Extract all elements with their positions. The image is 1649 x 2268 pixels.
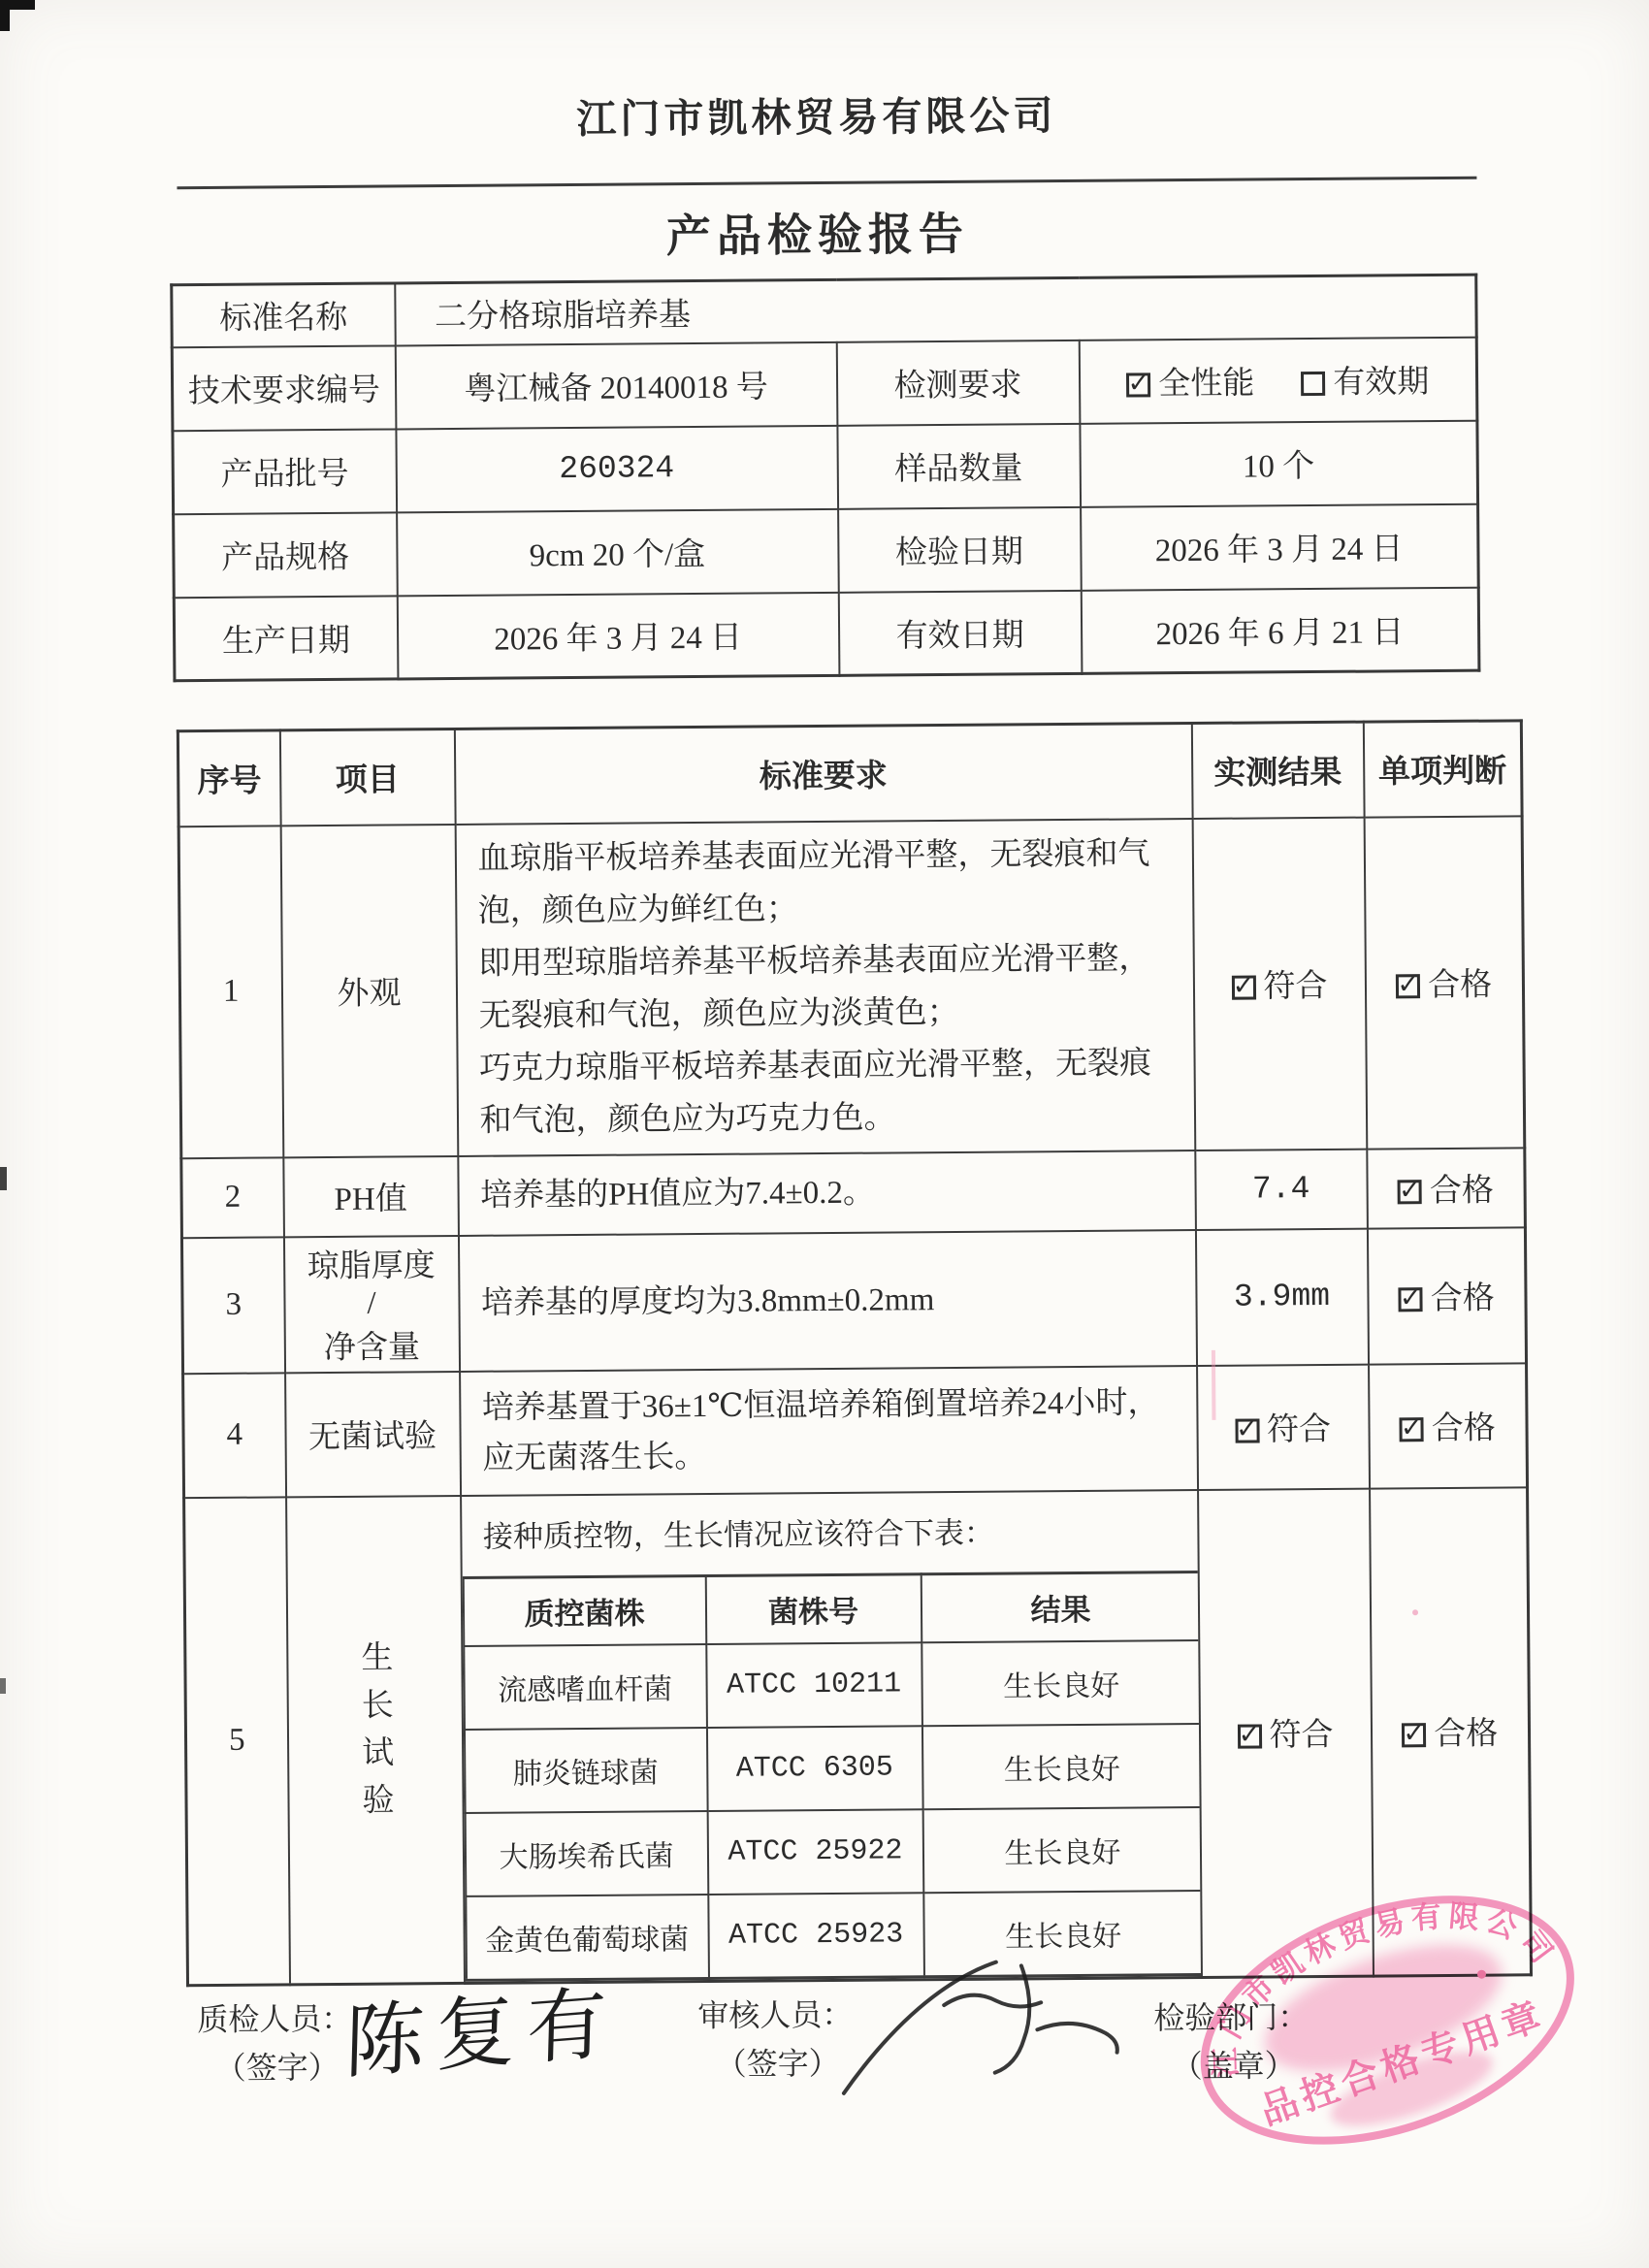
qc-handwritten-signature: 陈复有 bbox=[343, 1960, 619, 2094]
test-requirement-options: ✓全性能有效期 bbox=[1079, 337, 1477, 423]
unchecked-checkbox-icon bbox=[1301, 372, 1325, 396]
judge-label: 合格 bbox=[1434, 1717, 1498, 1753]
item-judgement: ✓合格 bbox=[1364, 816, 1525, 1149]
scanned-report-page: 江门市凯林贸易有限公司 产品检验报告 标准名称 二分格琼脂培养基 技术要求编号 … bbox=[0, 0, 1649, 2268]
column-header: 结果 bbox=[921, 1571, 1201, 1642]
item-judgement: ✓合格 bbox=[1367, 1148, 1526, 1228]
page-title: 产品检验报告 bbox=[0, 193, 1642, 270]
strain-result: 生长良好 bbox=[922, 1806, 1201, 1892]
item-name: 生长试验 bbox=[286, 1495, 465, 1984]
row-number: 5 bbox=[184, 1497, 290, 1985]
growth-row: 大肠埃希氏菌 ATCC 25922 生长良好 bbox=[465, 1806, 1201, 1895]
result-label: 符合 bbox=[1269, 1718, 1333, 1754]
column-header: 序号 bbox=[178, 730, 280, 826]
checked-checkbox-icon: ✓ bbox=[1402, 1723, 1426, 1747]
qc-label: 质检人员： bbox=[197, 1994, 352, 2044]
item-line: 净含量 bbox=[286, 1321, 457, 1368]
item-name: 外观 bbox=[280, 824, 458, 1156]
field-label: 检验日期 bbox=[838, 506, 1082, 592]
field-value: 粤江械备 20140018 号 bbox=[395, 341, 837, 429]
column-header: 单项判断 bbox=[1363, 721, 1522, 817]
field-label: 标准名称 bbox=[172, 283, 395, 347]
column-header: 实测结果 bbox=[1191, 722, 1364, 818]
strain-code: ATCC 10211 bbox=[706, 1642, 922, 1728]
table-header-row: 序号 项目 标准要求 实测结果 单项判断 bbox=[178, 721, 1522, 826]
requirement-line: 即用型琼脂培养基平板培养基表面应光滑平整，无裂痕和气泡，颜色应为淡黄色； bbox=[478, 932, 1180, 1043]
checked-checkbox-icon: ✓ bbox=[1231, 976, 1255, 1000]
table-row: 产品规格 9cm 20 个/盒 检验日期 2026 年 3 月 24 日 bbox=[174, 503, 1479, 598]
checked-checkbox-icon: ✓ bbox=[1399, 1287, 1423, 1312]
qc-sub-label: （签字） bbox=[197, 2043, 352, 2089]
judge-label: 合格 bbox=[1432, 1411, 1496, 1447]
growth-row: 流感嗜血杆菌 ATCC 10211 生长良好 bbox=[464, 1639, 1202, 1729]
standard-requirement: 接种质控物，生长情况应该符合下表： 质控菌株 菌株号 结果 流感嗜血杆菌 ATC… bbox=[461, 1489, 1202, 1982]
column-header: 质控菌株 bbox=[463, 1575, 706, 1645]
strain-result: 生长良好 bbox=[921, 1723, 1201, 1808]
result-label: 符合 bbox=[1263, 969, 1327, 1005]
checked-checkbox-icon: ✓ bbox=[1235, 1418, 1259, 1442]
field-label: 产品批号 bbox=[173, 429, 397, 514]
measured-result: ✓符合 bbox=[1192, 817, 1367, 1150]
company-stamp: 江门市凯林贸易有限公司 品控合格专用章 bbox=[1187, 1859, 1598, 2182]
field-label: 技术要求编号 bbox=[172, 345, 396, 431]
table-row: 产品批号 260324 样品数量 10 个 bbox=[173, 420, 1478, 514]
field-label: 产品规格 bbox=[174, 512, 398, 598]
growth-header-row: 质控菌株 菌株号 结果 bbox=[463, 1571, 1201, 1645]
strain-name: 流感嗜血杆菌 bbox=[464, 1643, 707, 1729]
option-label: 全性能 bbox=[1158, 366, 1254, 402]
item-judgement: ✓合格 bbox=[1367, 1227, 1526, 1364]
measured-result: 7.4 bbox=[1195, 1149, 1368, 1229]
result-label: 符合 bbox=[1267, 1412, 1331, 1448]
row-number: 2 bbox=[181, 1157, 284, 1238]
standard-requirement: 血琼脂平板培养基表面应光滑平整，无裂痕和气泡，颜色应为鲜红色； 即用型琼脂培养基… bbox=[455, 819, 1195, 1156]
row-number: 1 bbox=[178, 826, 283, 1158]
judge-label: 合格 bbox=[1431, 1281, 1495, 1317]
judge-label: 合格 bbox=[1428, 968, 1492, 1004]
qc-signer-block: 质检人员： （签字） bbox=[197, 1994, 353, 2089]
product-info-table: 标准名称 二分格琼脂培养基 技术要求编号 粤江械备 20140018 号 检测要… bbox=[170, 274, 1480, 683]
standard-requirement: 培养基置于36±1℃恒温培养箱倒置培养24小时，应无菌落生长。 bbox=[460, 1365, 1198, 1495]
table-row: 技术要求编号 粤江械备 20140018 号 检测要求 ✓全性能有效期 bbox=[172, 337, 1477, 431]
growth-row: 肺炎链球菌 ATCC 6305 生长良好 bbox=[464, 1723, 1201, 1812]
inspection-results-table: 序号 项目 标准要求 实测结果 单项判断 1 外观 血琼脂平板培养基表面应光滑平… bbox=[177, 719, 1533, 1986]
item-name: 琼脂厚度 / 净含量 bbox=[283, 1235, 459, 1372]
field-value: 二分格琼脂培养基 bbox=[395, 275, 1476, 345]
checked-checkbox-icon: ✓ bbox=[1400, 1417, 1424, 1442]
column-header: 标准要求 bbox=[454, 724, 1192, 825]
field-value: 2026 年 6 月 21 日 bbox=[1081, 587, 1479, 673]
scan-speck bbox=[1412, 1609, 1418, 1615]
table-row: 3 琼脂厚度 / 净含量 培养基的厚度均为3.8mm±0.2mm 3.9mm ✓… bbox=[181, 1227, 1526, 1374]
standard-requirement: 培养基的厚度均为3.8mm±0.2mm bbox=[458, 1230, 1196, 1372]
growth-intro: 接种质控物，生长情况应该符合下表： bbox=[462, 1490, 1198, 1575]
judge-label: 合格 bbox=[1430, 1174, 1494, 1210]
item-line: 琼脂厚度 bbox=[285, 1240, 456, 1286]
field-value: 2026 年 3 月 24 日 bbox=[1081, 503, 1479, 590]
measured-result: 3.9mm bbox=[1195, 1228, 1368, 1365]
field-label: 有效日期 bbox=[838, 590, 1082, 675]
reviewer-handwritten-signature bbox=[829, 1950, 1131, 2107]
field-value: 260324 bbox=[396, 425, 838, 512]
strain-code: ATCC 6305 bbox=[706, 1726, 922, 1811]
item-name: PH值 bbox=[283, 1155, 459, 1236]
company-name: 江门市凯林贸易有限公司 bbox=[0, 79, 1641, 148]
strain-name: 肺炎链球菌 bbox=[464, 1727, 707, 1812]
table-row: 标准名称 二分格琼脂培养基 bbox=[172, 275, 1476, 347]
field-label: 检测要求 bbox=[836, 340, 1080, 425]
option-label: 有效期 bbox=[1333, 365, 1429, 401]
table-row: 生产日期 2026 年 3 月 24 日 有效日期 2026 年 6 月 21 … bbox=[174, 587, 1479, 681]
checked-checkbox-icon: ✓ bbox=[1237, 1724, 1261, 1748]
field-value: 9cm 20 个/盒 bbox=[397, 508, 839, 596]
field-label: 生产日期 bbox=[174, 596, 398, 681]
field-value: 2026 年 3 月 24 日 bbox=[397, 592, 839, 679]
growth-table: 质控菌株 菌株号 结果 流感嗜血杆菌 ATCC 10211 生长良好 肺炎链球菌 bbox=[462, 1570, 1201, 1981]
item-judgement: ✓合格 bbox=[1369, 1363, 1528, 1488]
row-number: 3 bbox=[181, 1237, 284, 1374]
field-label: 样品数量 bbox=[837, 423, 1081, 508]
field-value: 10 个 bbox=[1080, 420, 1478, 506]
strain-result: 生长良好 bbox=[921, 1639, 1202, 1725]
strain-name: 大肠埃希氏菌 bbox=[465, 1810, 708, 1895]
checked-checkbox-icon: ✓ bbox=[1398, 1180, 1422, 1204]
checked-checkbox-icon: ✓ bbox=[1126, 373, 1150, 397]
column-header: 项目 bbox=[279, 729, 455, 825]
strain-code: ATCC 25922 bbox=[707, 1809, 923, 1895]
scan-speck bbox=[1477, 1970, 1486, 1979]
checked-checkbox-icon: ✓ bbox=[1396, 974, 1420, 998]
scan-speck bbox=[1212, 1350, 1216, 1420]
requirement-line: 血琼脂平板培养基表面应光滑平整，无裂痕和气泡，颜色应为鲜红色； bbox=[477, 827, 1179, 938]
item-line: / bbox=[286, 1285, 457, 1322]
table-row: 4 无菌试验 培养基置于36±1℃恒温培养箱倒置培养24小时，应无菌落生长。 ✓… bbox=[183, 1363, 1528, 1498]
requirement-line: 巧克力琼脂平板培养基表面应光滑平整，无裂痕和气泡，颜色应为巧克力色。 bbox=[479, 1037, 1180, 1148]
row-number: 4 bbox=[183, 1373, 286, 1498]
item-name: 无菌试验 bbox=[285, 1371, 461, 1496]
column-header: 菌株号 bbox=[705, 1573, 921, 1643]
table-row: 2 PH值 培养基的PH值应为7.4±0.2。 7.4 ✓合格 bbox=[181, 1148, 1526, 1238]
table-row: 1 外观 血琼脂平板培养基表面应光滑平整，无裂痕和气泡，颜色应为鲜红色； 即用型… bbox=[178, 816, 1525, 1158]
measured-result: ✓符合 bbox=[1197, 1364, 1370, 1489]
title-divider bbox=[177, 177, 1476, 190]
standard-requirement: 培养基的PH值应为7.4±0.2。 bbox=[458, 1150, 1196, 1236]
